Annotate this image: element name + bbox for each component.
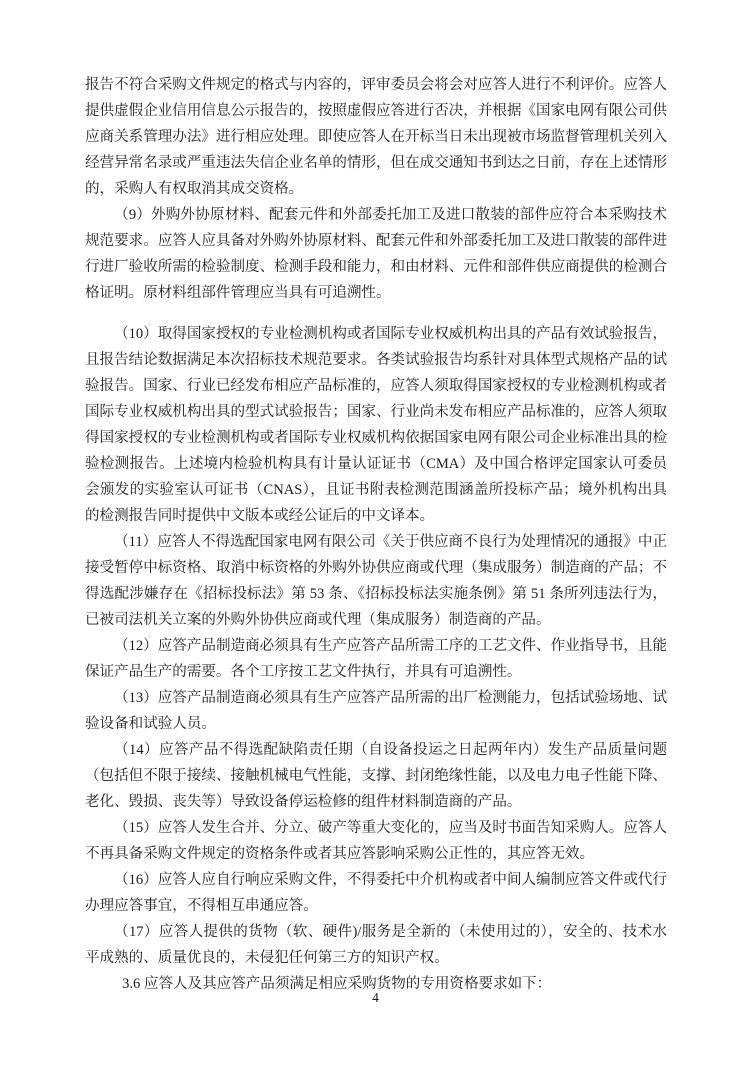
paragraph: （10）取得国家授权的专业检测机构或者国际专业权威机构出具的产品有效试验报告，且… <box>85 321 667 529</box>
document-body: 报告不符合采购文件规定的格式与内容的，评审委员会将会对应答人进行不利评价。应答人… <box>85 72 667 997</box>
paragraph: （13）应答产品制造商必须具有生产应答产品所需的出厂检测能力，包括试验场地、试验… <box>85 685 667 737</box>
paragraph: （15）应答人发生合并、分立、破产等重大变化的，应当及时书面告知采购人。应答人不… <box>85 815 667 867</box>
paragraph: 报告不符合采购文件规定的格式与内容的，评审委员会将会对应答人进行不利评价。应答人… <box>85 72 667 202</box>
paragraph: （17）应答人提供的货物（软、硬件)/服务是全新的（未使用过的），安全的、技术水… <box>85 919 667 971</box>
paragraph: （16）应答人应自行响应采购文件，不得委托中介机构或者中间人编制应答文件或代行办… <box>85 867 667 919</box>
document-page: 报告不符合采购文件规定的格式与内容的，评审委员会将会对应答人进行不利评价。应答人… <box>0 0 751 1068</box>
paragraph: （12）应答产品制造商必须具有生产应答产品所需工序的工艺文件、作业指导书，且能保… <box>85 633 667 685</box>
paragraph: （11）应答人不得选配国家电网有限公司《关于供应商不良行为处理情况的通报》中正接… <box>85 529 667 633</box>
paragraph: （9）外购外协原材料、配套元件和外部委托加工及进口散装的部件应符合本采购技术规范… <box>85 202 667 306</box>
paragraph: （14）应答产品不得选配缺陷责任期（自设备投运之日起两年内）发生产品质量问题（包… <box>85 737 667 815</box>
page-number: 4 <box>0 990 751 1006</box>
